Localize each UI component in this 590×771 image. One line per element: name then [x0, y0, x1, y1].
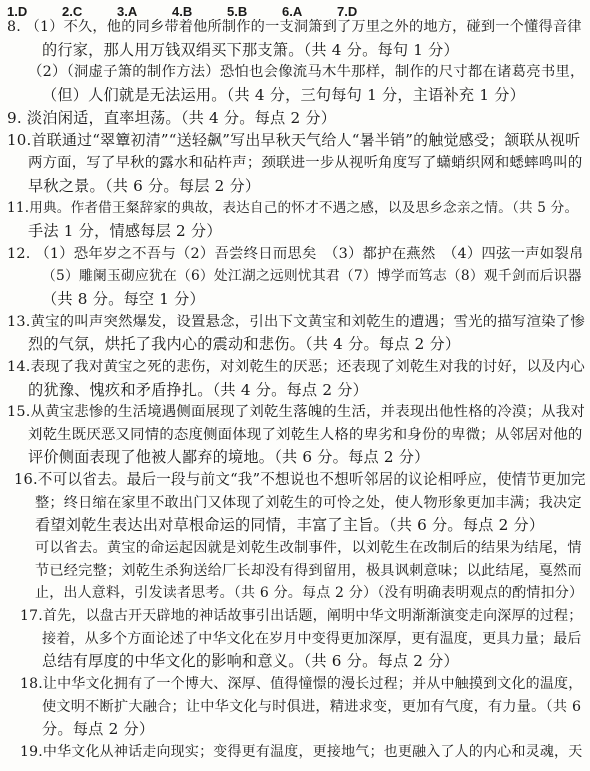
q8-part2-line1: （2）（洞虚子箫的制作方法）恐怕也会像流马木牛那样，制作的尺寸都在诸葛亮书里，	[28, 62, 585, 82]
q17-line2: 接着，从多个方面论述了中华文化在岁月中变得更加深厚，更有温度，更具力量；最后	[42, 629, 582, 649]
q18-line1: 18.让中华文化拥有了一个博大、深厚、值得憧憬的漫长过程；并从中触摸到文化的温度…	[20, 674, 582, 694]
q18-line2: 使文明不断扩大融合；让中华文化与时俱进，精进求变，更加有气度，有力量。（共 6	[42, 697, 581, 717]
q16-alt-line3: 止，出人意料，引发读者思考。（共 6 分。每点 2 分）（没有明确表明观点的酌情…	[35, 583, 583, 603]
q14-line2: 的犹豫、愧疚和矛盾挣扎。（共 4 分。每点 2 分）	[28, 380, 368, 400]
q15-line1: 15.从黄宝悲惨的生活境遇侧面展现了刘乾生落魄的生活，并表现出他性格的冷漠；从我…	[7, 402, 585, 422]
q9-answer: 9. 淡泊闲适，直率坦荡。（共 4 分。每点 2 分）	[7, 108, 336, 128]
q14-line1: 14.表现了我对黄宝之死的悲伤，对刘乾生的厌恶；还表现了刘乾生对我的讨好，以及内…	[7, 357, 585, 377]
q17-line1: 17.首先，以盘古开天辟地的神话故事引出话题，阐明中华文明渐渐演变走向深厚的过程…	[20, 606, 582, 626]
q15-line3: 评价侧面表现了他被人鄙弃的境地。（共 6 分。每点 2 分）	[28, 447, 430, 467]
q10-line2: 两方面，写了早秋的露水和砧杵声；颈联进一步从视听角度写了蟏蛸织网和蟋蟀鸣叫的	[28, 153, 582, 173]
q17-line3: 总结有厚度的中华文化的影响和意义。（共 6 分。每点 2 分）	[42, 651, 459, 671]
q12-line2: （5）雕阑玉砌应犹在（6）处江湖之远则忧其君（7）博学而笃志（8）观千剑而后识器	[42, 266, 582, 286]
q13-line2: 烈的气氛，烘托了我内心的震动和悲伤。（共 4 分。每点 2 分）	[28, 334, 460, 354]
q13-line1: 13.黄宝的叫声突然爆发，设置悬念，引出下文黄宝和刘乾生的遭遇；雪光的描写渲染了…	[7, 312, 585, 332]
q16-line1: 16.不可以省去。最后一段与前文“我”不想说也不想听邻居的议论相呼应，使情节更加…	[14, 470, 586, 490]
q16-line3: 看望刘乾生表达出对草根命运的同情，丰富了主旨。（共 6 分。每点 2 分）	[35, 515, 544, 535]
q15-line2: 刘乾生既厌恶又同情的态度侧面体现了刘乾生人格的卑劣和身份的卑微；从邻居对他的	[28, 425, 582, 445]
q19-line1: 19.中华文化从神话走向现实；变得更有温度，更接地气；也更融入了人的内心和灵魂，…	[20, 742, 582, 762]
q18-line3: 分。每点 2 分）	[42, 719, 154, 739]
q10-line3: 早秋之景。（共 6 分。每层 2 分）	[28, 176, 260, 196]
q12-line3: （共 8 分。每空 1 分）	[42, 289, 205, 309]
q11-line1: 11.用典。作者借王粲辞家的典故，表达自己的怀才不遇之感，以及思乡念亲之情。（共…	[7, 198, 578, 218]
q11-line2: 手法 1 分，情感每层 2 分）	[28, 221, 222, 241]
q16-line2: 整；终日缩在家里不敢出门又体现了刘乾生的可怜之处，使人物形象更加丰满；我决定	[35, 493, 582, 513]
q12-line1: 12. （1）恐年岁之不吾与（2）吾尝终日而思矣 （3）都护在燕然 （4）四弦一…	[7, 244, 584, 264]
answer-key-page: 1.D 2.C 3.A 4.B 5.B 6.A 7.D 8. （1）不久，他的同…	[0, 0, 590, 771]
q8-part1-line2: 的行家，那人用万钱双绢买下那支箫。（共 4 分。每句 1 分）	[42, 40, 459, 60]
q10-line1: 10.首联通过“翠簟初清”“送轻飙”写出早秋天气给人“暑半销”的触觉感受；颔联从…	[7, 130, 580, 150]
q16-alt-line1: 可以省去。黄宝的命运起因就是刘乾生改制事件，以刘乾生在改制后的结果为结尾，情	[35, 538, 582, 558]
q16-alt-line2: 节已经完整；刘乾生杀狗送给厂长却没有得到留用，极具讽刺意味；以此结尾，戛然而	[35, 561, 582, 581]
q8-part1-line1: 8. （1）不久，他的同乡带着他所制作的一支洞箫到了万里之外的地方，碰到一个懂得…	[7, 17, 582, 37]
q8-part2-line2: （但）人们就是无法运用。（共 4 分，三句每句 1 分，主语补充 1 分）	[42, 85, 525, 105]
